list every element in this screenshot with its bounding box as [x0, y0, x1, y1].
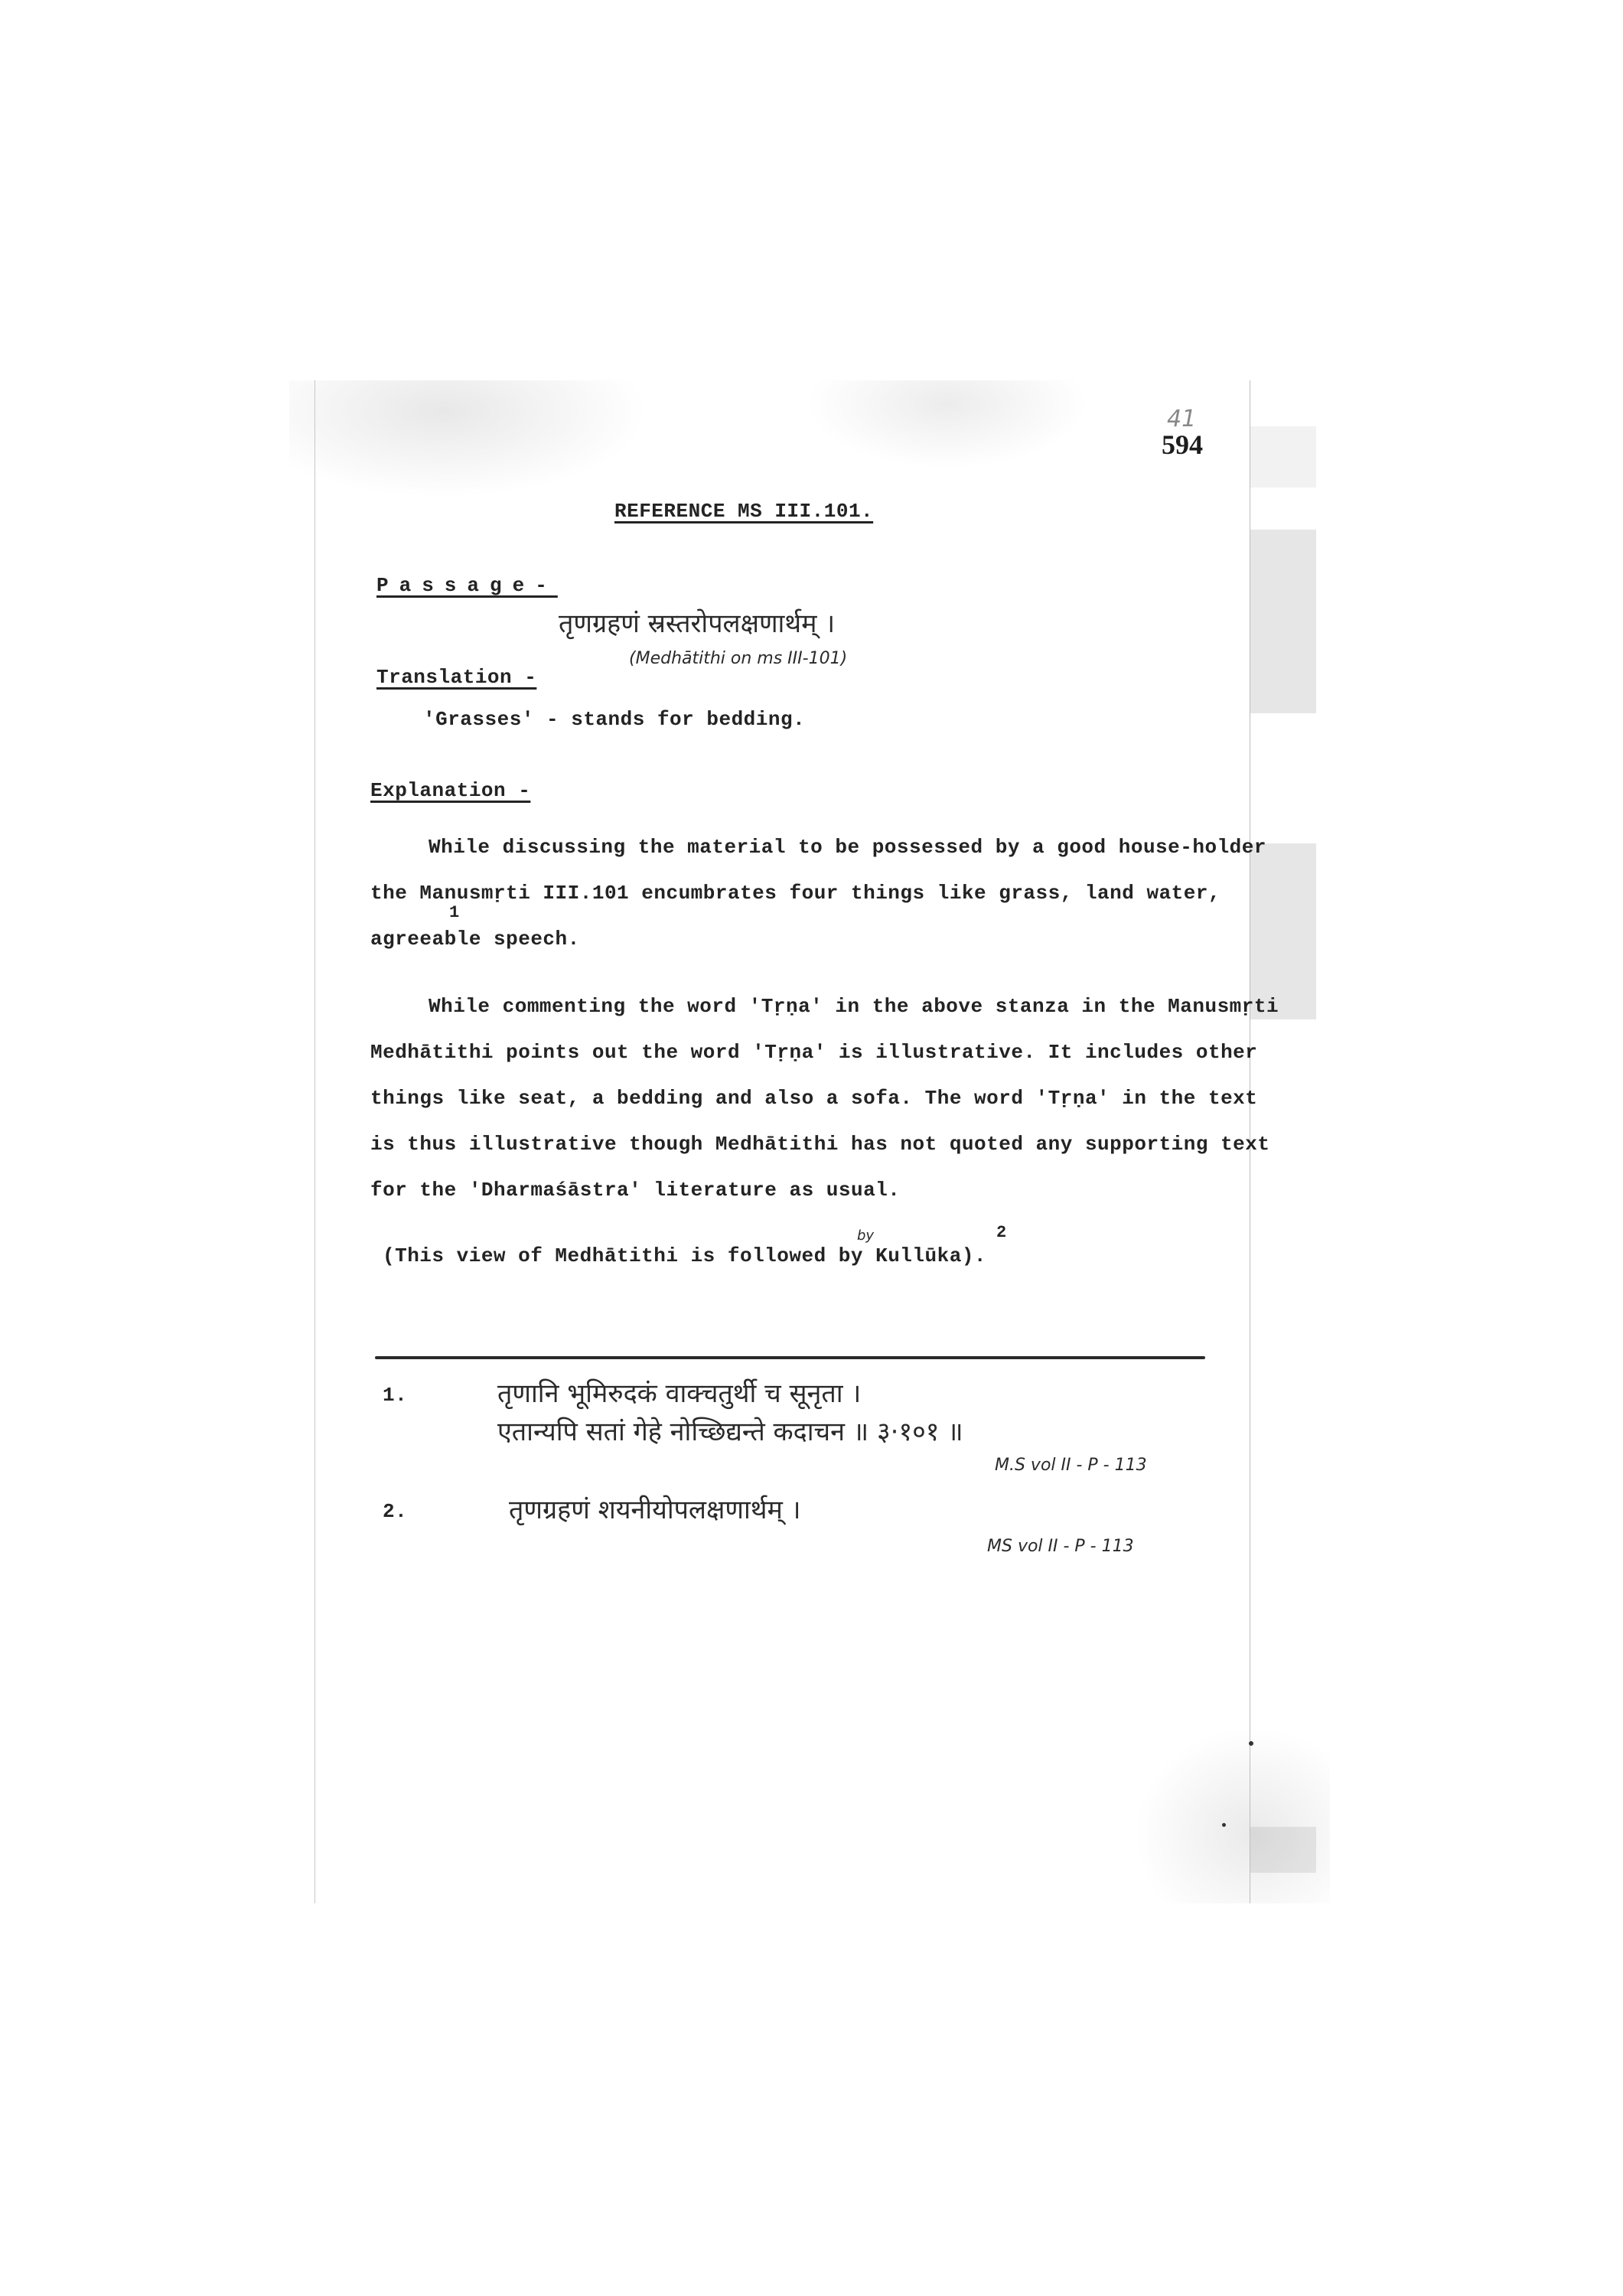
scan-speck	[1222, 1823, 1226, 1827]
page-edge-left	[314, 380, 315, 1903]
footnote-reference: MS vol II - P - 113	[987, 1537, 1134, 1556]
scan-shadow	[1250, 1827, 1316, 1873]
explanation-line: Medhātithi points out the word 'Tṛṇa' is…	[370, 1041, 1257, 1064]
page-title: REFERENCE MS III.101.	[614, 500, 873, 523]
scan-shadow	[1250, 530, 1316, 713]
explanation-line: is thus illustrative though Medhātithi h…	[370, 1133, 1270, 1156]
passage-label: Passage-	[376, 574, 558, 597]
footnote-sanskrit-line: तृणानि भूमिरुदकं वाक्चतुर्थी च सूनृता ।	[497, 1375, 861, 1410]
passage-sanskrit: तृणग्रहणं स्रस्तरोपलक्षणार्थम् ।	[559, 605, 835, 640]
footnote-number: 2.	[383, 1500, 407, 1523]
footnote-marker: 2	[996, 1223, 1007, 1242]
footnote-marker: 1	[449, 903, 460, 922]
page-number: 594	[1162, 429, 1203, 461]
explanation-line: While commenting the word 'Tṛṇa' in the …	[429, 995, 1279, 1018]
footnote-sanskrit-line: तृणग्रहणं शयनीयोपलक्षणार्थम् ।	[509, 1491, 801, 1526]
explanation-label: Explanation -	[370, 779, 530, 802]
scan-speck	[1249, 1741, 1253, 1746]
footnote-number: 1.	[383, 1384, 407, 1407]
translation-text: 'Grasses' - stands for bedding.	[423, 708, 805, 731]
passage-source: (Medhātithi on ms III-101)	[629, 649, 847, 668]
footnote-sanskrit-line: एतान्यपि सतां गेहे नोच्छिद्यन्ते कदाचन ॥…	[497, 1413, 963, 1448]
handwritten-correction: by	[857, 1228, 874, 1244]
translation-label: Translation -	[376, 666, 536, 689]
scan-shadow	[1250, 426, 1316, 488]
explanation-line: things like seat, a bedding and also a s…	[370, 1087, 1257, 1110]
explanation-line: the Manusmṛti III.101 encumbrates four t…	[370, 882, 1221, 905]
footnote-reference: M.S vol II - P - 113	[995, 1456, 1147, 1475]
footnote-divider	[375, 1356, 1205, 1359]
scan-shadow	[1250, 843, 1316, 1019]
explanation-line: (This view of Medhātithi is followed by …	[383, 1244, 986, 1267]
explanation-line: for the 'Dharmaśāstra' literature as usu…	[370, 1179, 900, 1202]
explanation-line: agreeable speech.	[370, 928, 580, 951]
explanation-line: While discussing the material to be poss…	[429, 836, 1266, 859]
